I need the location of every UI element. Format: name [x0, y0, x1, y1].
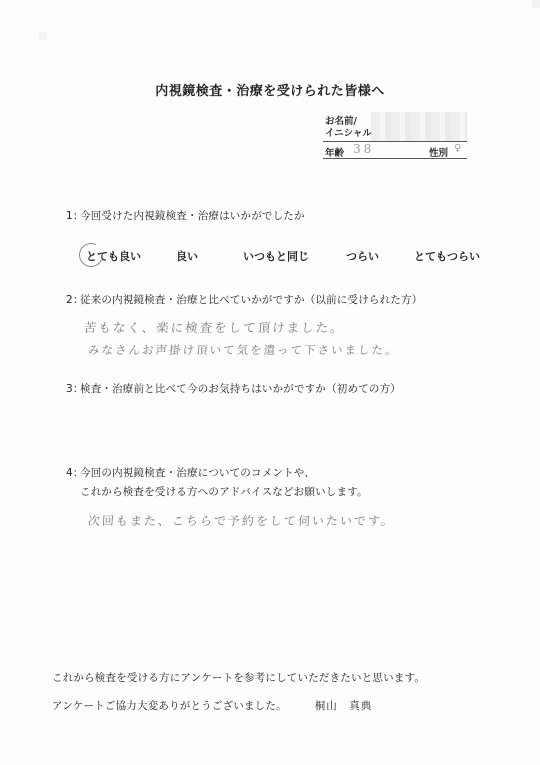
name-label-line2: イニシャル: [325, 128, 372, 139]
question-3-number: 3：: [66, 381, 80, 396]
question-4-answer-line-1[interactable]: 次回もまた、こちらで予約をして伺いたいです。: [87, 512, 395, 529]
question-1-text: 今回受けた内視鏡検査・治療はいかがでしたか: [80, 210, 305, 222]
respondent-info-block: お名前/ イニシャル 年齢 38 性別 ♀: [323, 112, 467, 159]
option-very-painful[interactable]: とてもつらい: [414, 248, 480, 264]
question-2-number: 2：: [66, 292, 80, 307]
question-3: 3：検査・治療前と比べて今のお気持ちはいかがですか（初めての方）: [66, 381, 401, 396]
question-1: 1：今回受けた内視鏡検査・治療はいかがでしたか: [66, 208, 305, 223]
name-row: お名前/ イニシャル: [323, 112, 467, 142]
question-2-answer-line-1[interactable]: 苦もなく、楽に検査をして頂けました。: [83, 318, 345, 336]
option-painful[interactable]: つらい: [346, 248, 379, 264]
footer-thanks-text: アンケートご協力大変ありがとうございました。: [52, 700, 287, 712]
survey-form-page: 内視鏡検査・治療を受けられた皆様へ お名前/ イニシャル 年齢 38 性別 ♀ …: [0, 0, 540, 765]
age-field[interactable]: 38: [353, 142, 374, 156]
option-same-as-usual[interactable]: いつもと同じ: [243, 248, 309, 264]
gender-label: 性別: [429, 145, 448, 159]
option-good[interactable]: 良い: [176, 248, 198, 264]
document-title: 内視鏡検査・治療を受けられた皆様へ: [0, 80, 540, 99]
question-4-text: 今回の内視鏡検査・治療についてのコメントや、: [80, 467, 315, 479]
gender-field[interactable]: ♀: [454, 143, 461, 154]
question-4: 4：今回の内視鏡検査・治療についてのコメントや、 これから検査を受ける方へのアド…: [66, 465, 368, 499]
footer-request: これから検査を受ける方にアンケートを参考にしていただきたいと思います。: [52, 670, 425, 685]
scan-speck: [39, 32, 47, 40]
name-label: お名前/ イニシャル: [325, 116, 372, 140]
option-very-good[interactable]: とても良い: [86, 248, 141, 264]
question-2-answer-line-2[interactable]: みなさんお声掛け頂いて気を遣って下さいました。: [87, 342, 399, 358]
name-field-redacted[interactable]: [371, 112, 467, 141]
question-2: 2：従来の内視鏡検査・治療と比べていかがですか（以前に受けられた方）: [66, 292, 422, 307]
age-gender-row: 年齢 38 性別 ♀: [323, 142, 467, 159]
question-1-number: 1：: [66, 208, 80, 223]
question-4-number: 4：: [66, 465, 80, 480]
footer-thanks: アンケートご協力大変ありがとうございました。桐山 真典: [52, 698, 372, 713]
name-label-line1: お名前/: [325, 116, 357, 127]
question-4-text-line2: これから検査を受ける方へのアドバイスなどお願いします。: [66, 484, 368, 499]
footer-signer: 桐山 真典: [315, 700, 373, 712]
scan-speck: [532, 0, 540, 8]
question-3-answer-area[interactable]: [80, 400, 500, 455]
question-2-text: 従来の内視鏡検査・治療と比べていかがですか（以前に受けられた方）: [80, 294, 422, 306]
age-label: 年齢: [325, 145, 344, 159]
question-3-text: 検査・治療前と比べて今のお気持ちはいかがですか（初めての方）: [80, 383, 401, 395]
